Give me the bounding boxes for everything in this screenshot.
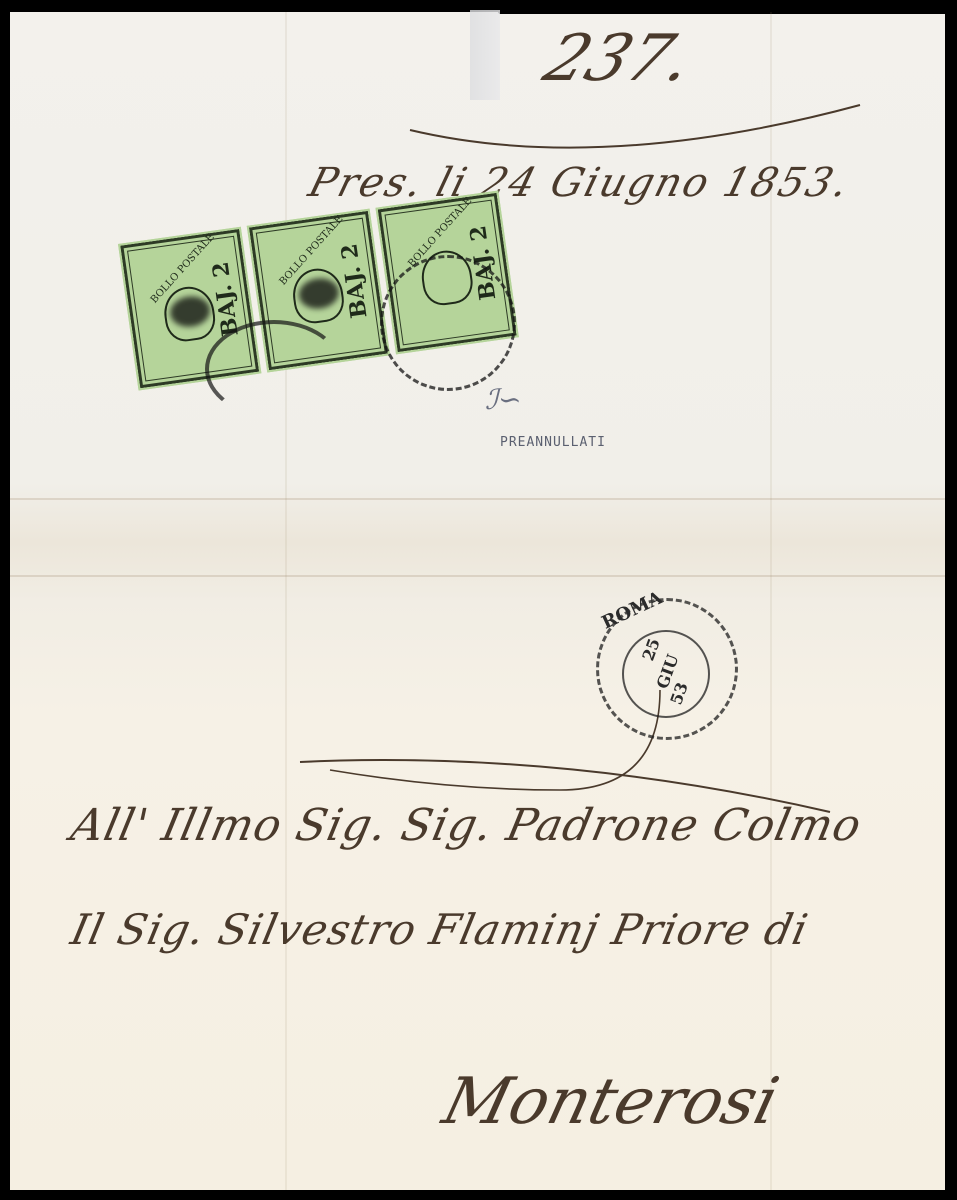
docket-date: Pres. li 24 Giugno 1853.	[304, 160, 855, 206]
pencil-note: PREANNULLATI	[500, 435, 606, 450]
address-line-1: All' Illmo Sig. Sig. Padrone Colmo	[67, 800, 867, 851]
destination-town: Monterosi	[436, 1065, 786, 1139]
cancel-ring	[205, 320, 343, 418]
address-line-2: Il Sig. Silvestro Flaminj Priore di	[67, 905, 813, 954]
registration-number: 237.	[535, 22, 704, 96]
cancel-ring	[380, 255, 516, 391]
expert-signature: ℐ∽	[485, 383, 522, 416]
